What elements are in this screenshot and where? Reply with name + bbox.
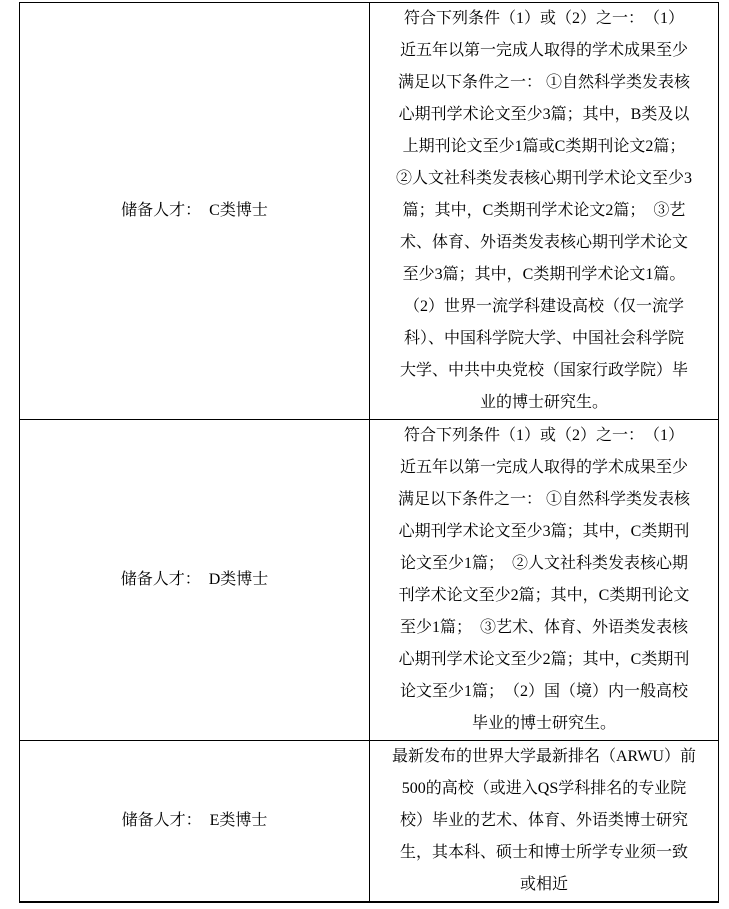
table-row-c-doctor: 储备人才： C类博士 符合下列条件（1）或（2）之一： （1） 近五年以第一完成… <box>20 3 719 420</box>
requirements-cell: 符合下列条件（1）或（2）之一： （1） 近五年以第一完成人取得的学术成果至少 … <box>370 3 719 420</box>
talent-category-cell: 储备人才： C类博士 <box>20 3 370 420</box>
requirements-cell: 符合下列条件（1）或（2）之一： （1） 近五年以第一完成人取得的学术成果至少 … <box>370 420 719 741</box>
document-page: 储备人才： C类博士 符合下列条件（1）或（2）之一： （1） 近五年以第一完成… <box>0 0 729 909</box>
talent-requirements-table: 储备人才： C类博士 符合下列条件（1）或（2）之一： （1） 近五年以第一完成… <box>19 2 719 903</box>
talent-category-cell: 储备人才： E类博士 <box>20 741 370 903</box>
talent-category-cell: 储备人才： D类博士 <box>20 420 370 741</box>
requirements-cell: 最新发布的世界大学最新排名（ARWU）前 500的高校（或进入QS学科排名的专业… <box>370 741 719 903</box>
table-row-d-doctor: 储备人才： D类博士 符合下列条件（1）或（2）之一： （1） 近五年以第一完成… <box>20 420 719 741</box>
table-row-e-doctor: 储备人才： E类博士 最新发布的世界大学最新排名（ARWU）前 500的高校（或… <box>20 741 719 903</box>
